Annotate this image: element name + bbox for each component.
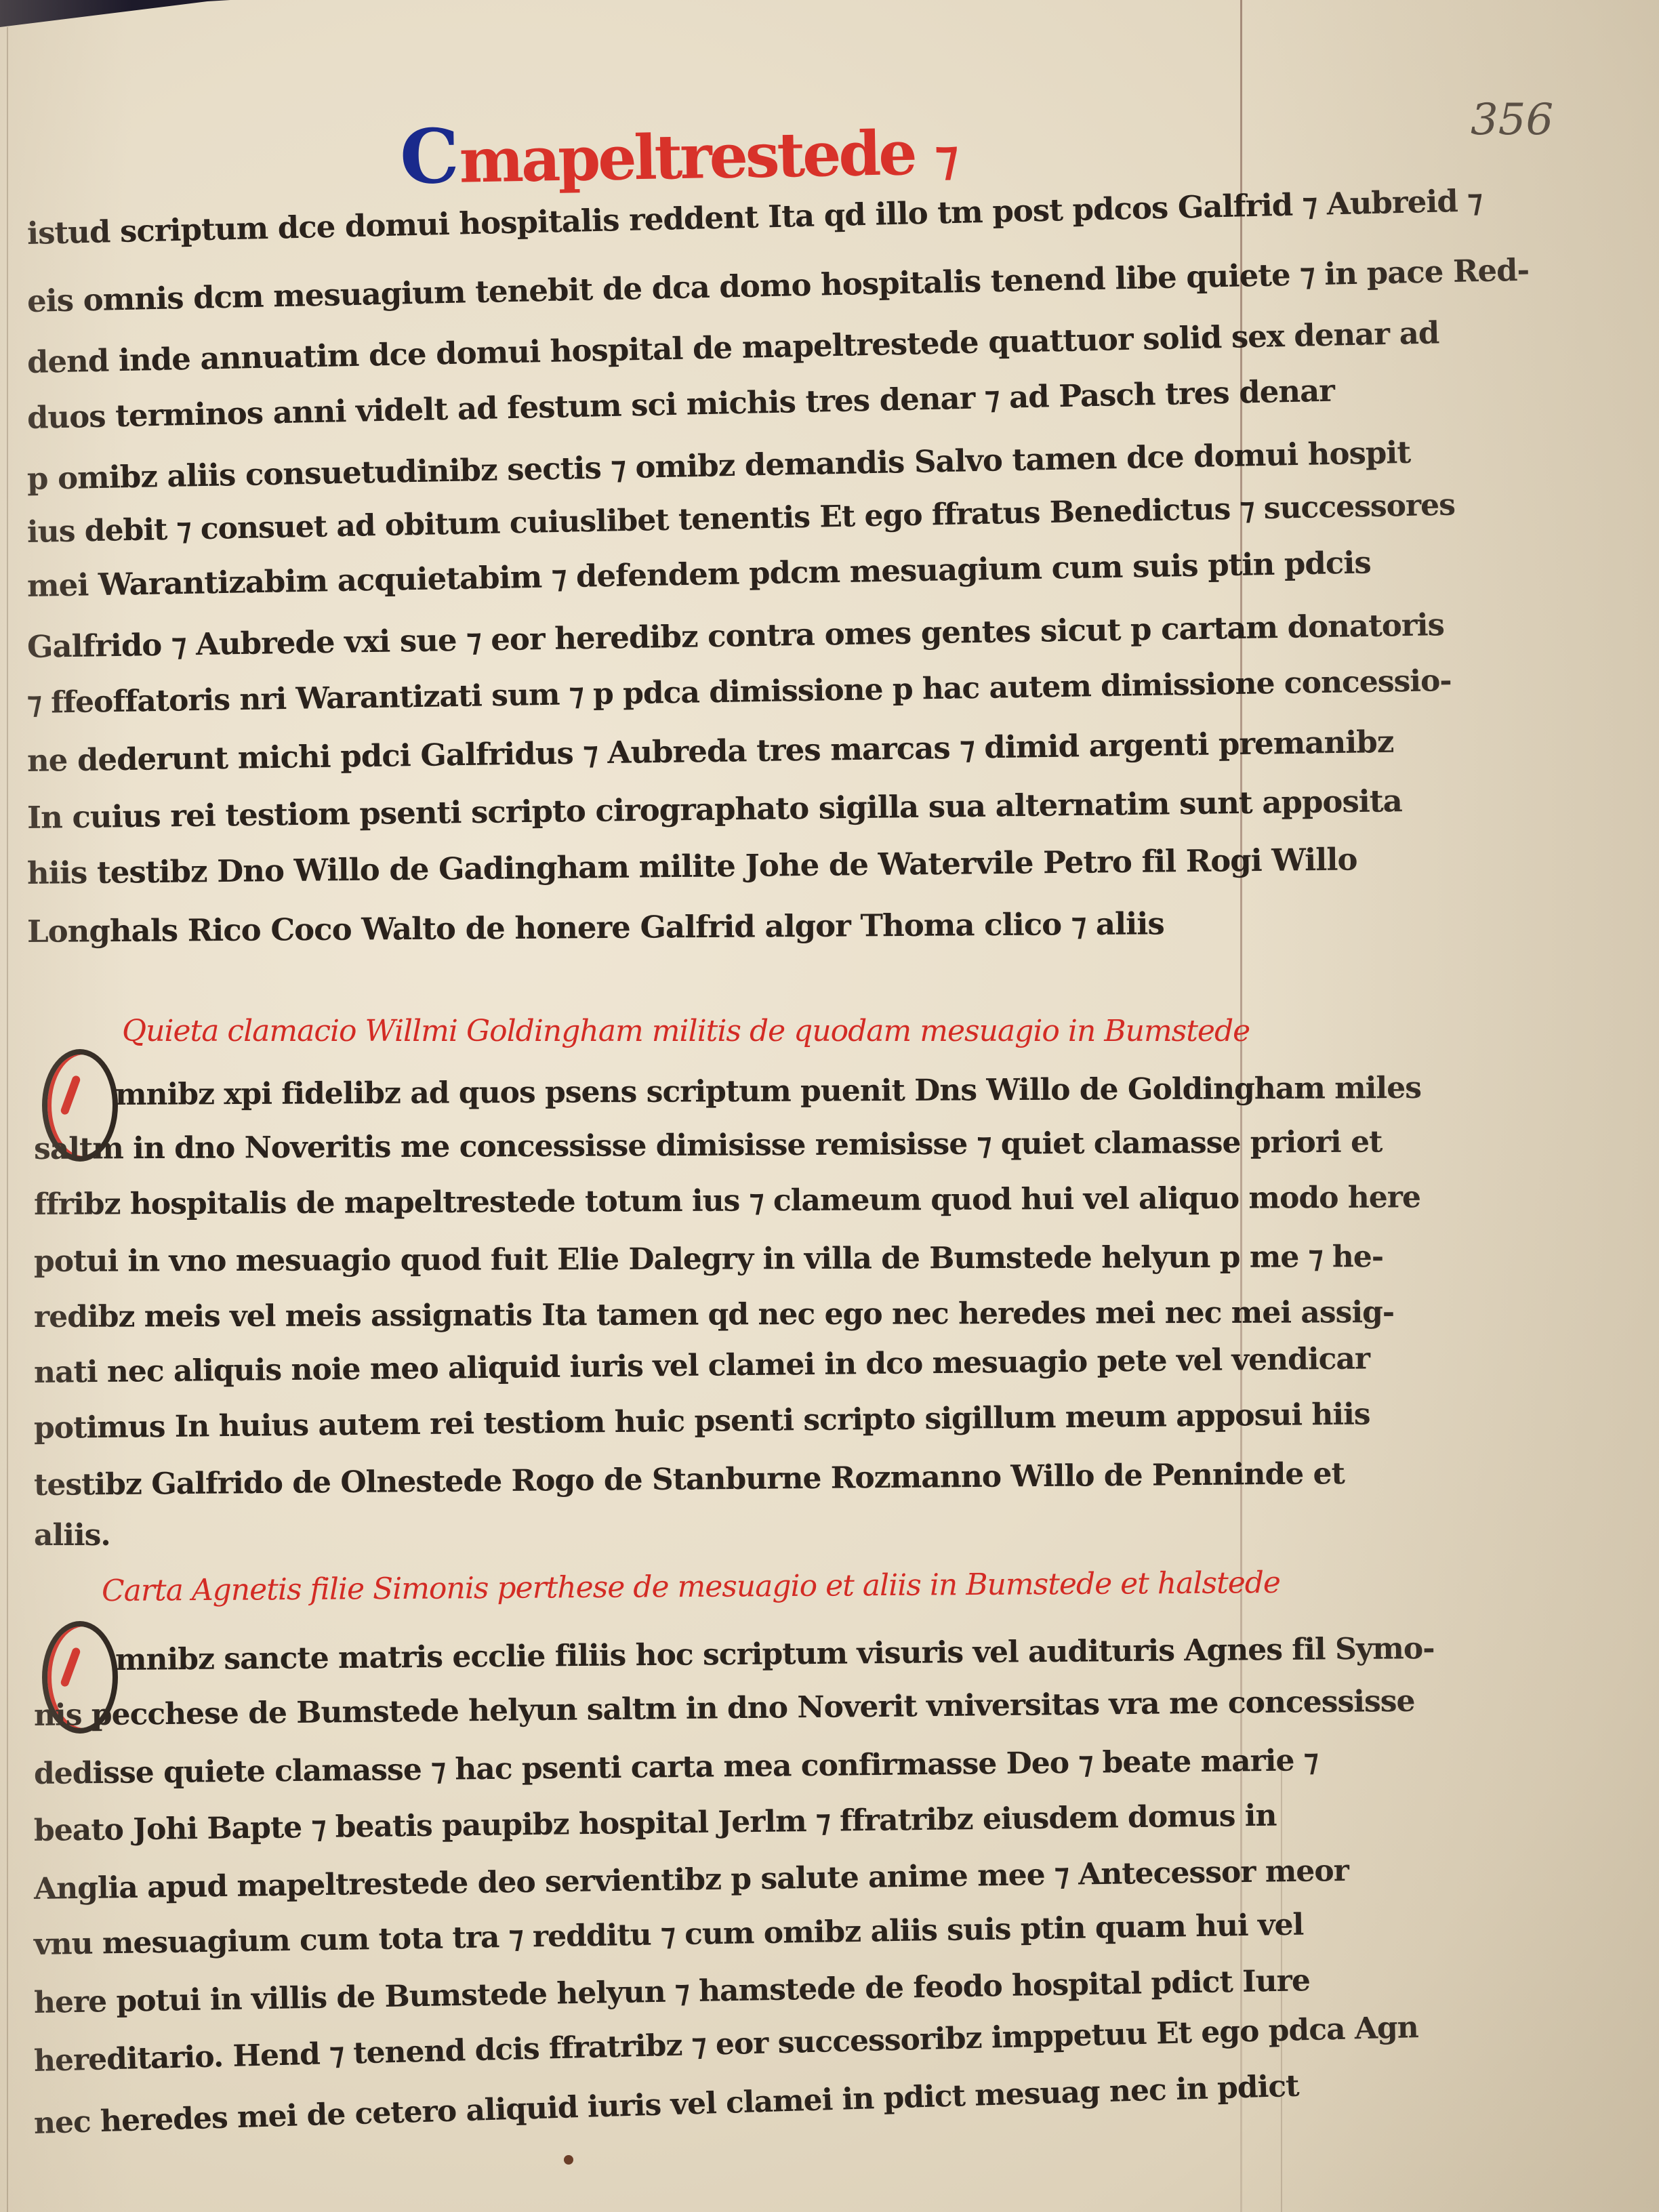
manuscript-page: 356 Cmapeltrestede⁊ istud scriptum dce d… xyxy=(0,0,1659,2212)
title-text: mapeltrestede xyxy=(459,117,916,197)
page-title: Cmapeltrestede⁊ xyxy=(399,104,956,201)
ink-speck xyxy=(564,2155,573,2165)
text-line: duos terminos anni videlt ad festum sci … xyxy=(26,373,1334,436)
title-initial: C xyxy=(399,112,457,201)
text-line: Galfrido ⁊ Aubrede vxi sue ⁊ eor heredib… xyxy=(27,607,1445,665)
text-line: potui in vno mesuagio quod fuit Elie Dal… xyxy=(34,1240,1383,1279)
text-line: eis omnis dcm mesuagium tenebit de dca d… xyxy=(26,252,1529,319)
text-line: ne dederunt michi pdci Galfridus ⁊ Aubre… xyxy=(27,724,1394,779)
text-line: p omibz aliis consuetudinibz sectis ⁊ om… xyxy=(26,434,1410,497)
title-end-mark: ⁊ xyxy=(935,129,956,186)
section-rubric: Carta Agnetis filie Simonis perthese de … xyxy=(102,1565,1280,1608)
text-line: ⁊ ffeoffatoris nri Warantizati sum ⁊ p p… xyxy=(27,663,1452,720)
text-line: In cuius rei testiom psenti scripto ciro… xyxy=(27,783,1402,836)
text-line: nec heredes mei de cetero aliquid iuris … xyxy=(33,2069,1299,2141)
text-line: dend inde annuatim dce domui hospital de… xyxy=(26,314,1439,380)
text-line: Anglia apud mapeltrestede deo servientib… xyxy=(34,1853,1349,1906)
text-line: testibz Galfrido de Olnestede Rogo de St… xyxy=(34,1456,1345,1502)
text-line: aliis. xyxy=(34,1518,110,1553)
text-line: mei Warantizabim acquietabim ⁊ defendem … xyxy=(27,544,1372,604)
text-line: vnu mesuagium cum tota tra ⁊ redditu ⁊ c… xyxy=(34,1908,1304,1962)
text-line: beato Johi Bapte ⁊ beatis paupibz hospit… xyxy=(34,1799,1277,1848)
text-line: nis pecchese de Bumstede helyun saltm in… xyxy=(34,1684,1415,1733)
text-line: redibz meis vel meis assignatis Ita tame… xyxy=(34,1295,1394,1334)
folio-number: 356 xyxy=(1471,95,1553,145)
text-line: saltm in dno Noveritis me concessisse di… xyxy=(34,1125,1382,1166)
text-line: potimus In huius autem rei testiom huic … xyxy=(34,1397,1370,1446)
left-ruling-line xyxy=(7,27,8,2212)
text-line: Longhals Rico Coco Walto de honere Galfr… xyxy=(27,905,1164,949)
text-line: nati nec aliquis noie meo aliquid iuris … xyxy=(34,1341,1370,1390)
text-line: ffribz hospitalis de mapeltrestede totum… xyxy=(34,1180,1420,1222)
background-edge xyxy=(0,0,230,27)
text-line: here potui in villis de Bumstede helyun … xyxy=(34,1963,1311,2020)
section-rubric: Quieta clamacio Willmi Goldingham militi… xyxy=(122,1014,1250,1048)
text-line: mnibz sancte matris ecclie filiis hoc sc… xyxy=(115,1631,1435,1677)
text-line: mnibz xpi fidelibz ad quos psens scriptu… xyxy=(115,1071,1421,1112)
text-line: hereditario. Hend ⁊ tenend dcis ffratrib… xyxy=(33,2010,1418,2078)
text-line: hiis testibz Dno Willo de Gadingham mili… xyxy=(27,841,1357,891)
text-line: dedisse quiete clamasse ⁊ hac psenti car… xyxy=(34,1743,1318,1791)
